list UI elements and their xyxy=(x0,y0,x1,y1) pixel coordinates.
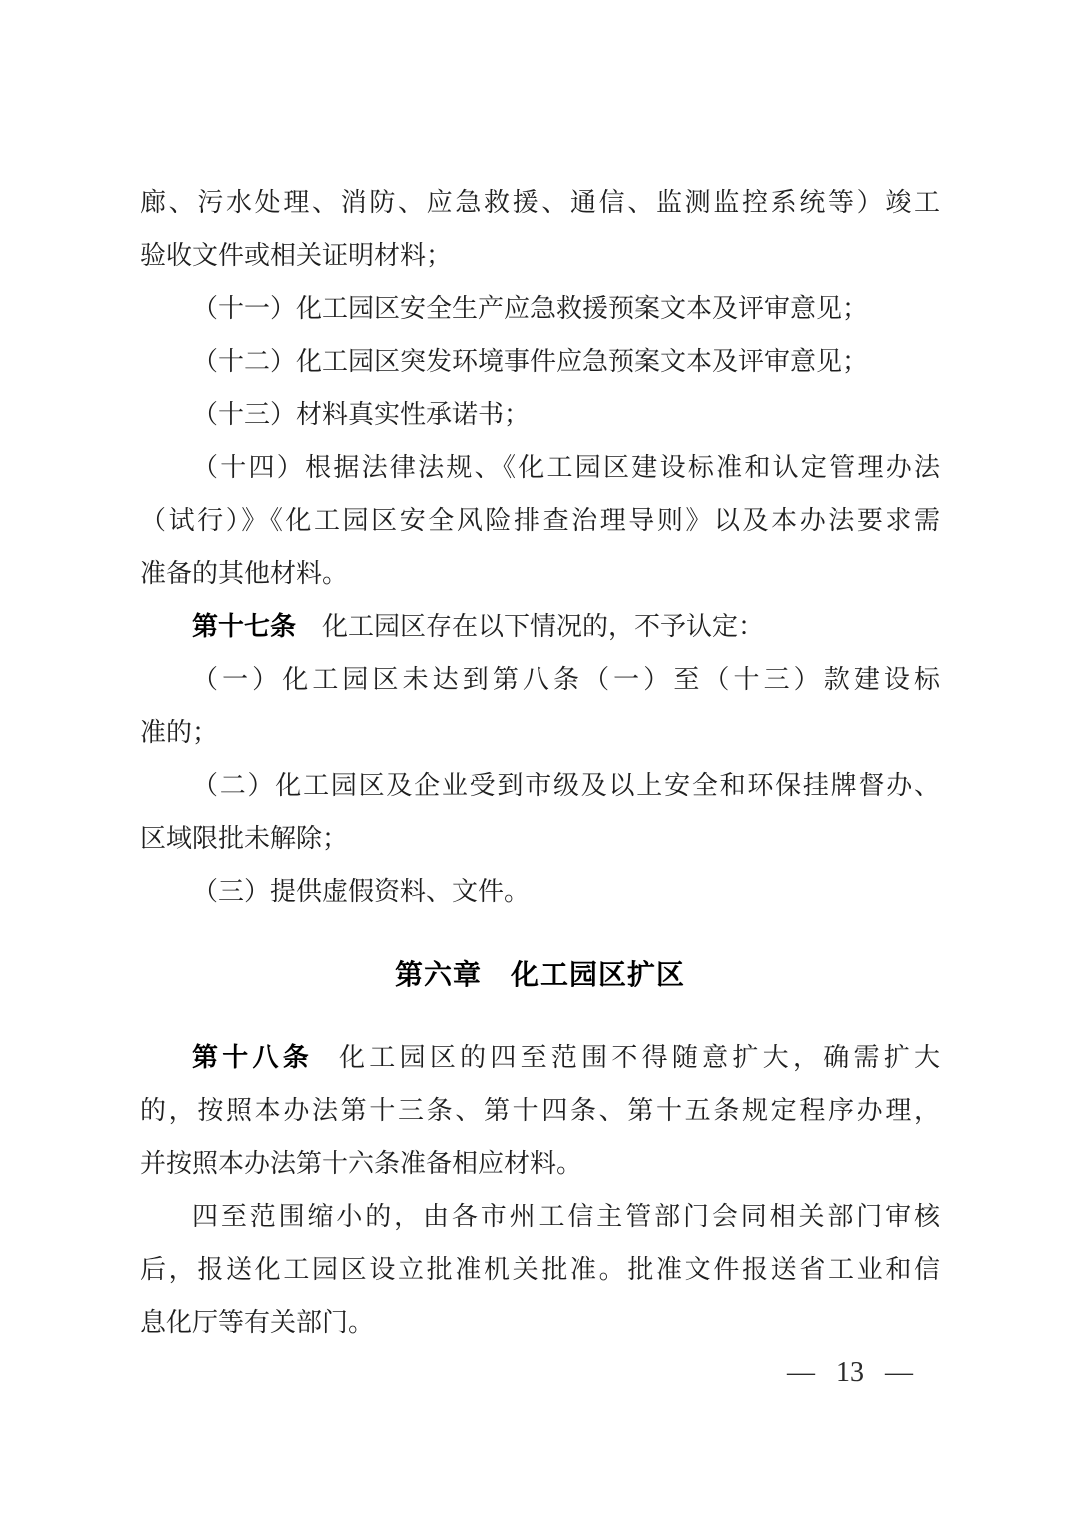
line-text: 准的； xyxy=(140,718,218,747)
text-line: 后，报送化工园区设立批准机关批准。批准文件报送省工业和信 xyxy=(140,1243,940,1296)
text-line: （十三）材料真实性承诺书； xyxy=(140,388,940,441)
line-text: （十三）材料真实性承诺书； xyxy=(192,400,530,429)
line-text: 验收文件或相关证明材料； xyxy=(140,241,452,270)
text-line: （十一）化工园区安全生产应急救援预案文本及评审意见； xyxy=(140,282,940,335)
line-text: （一）化工园区未达到第八条（一）至（十三）款建设标 xyxy=(192,665,940,694)
text-line: （三）提供虚假资料、文件。 xyxy=(140,865,940,918)
line-text: 息化厅等有关部门。 xyxy=(140,1308,374,1337)
line-text: （二）化工园区及企业受到市级及以上安全和环保挂牌督办、 xyxy=(192,771,940,800)
line-text: 廊、污水处理、消防、应急救援、通信、监测监控系统等）竣工 xyxy=(140,188,940,217)
text-line: 并按照本办法第十六条准备相应材料。 xyxy=(140,1137,940,1190)
line-text: （十二）化工园区突发环境事件应急预案文本及评审意见； xyxy=(192,347,868,376)
text-line: （二）化工园区及企业受到市级及以上安全和环保挂牌督办、 xyxy=(140,759,940,812)
article-number: 第十八条 xyxy=(192,1042,313,1072)
text-line: 息化厅等有关部门。 xyxy=(140,1296,940,1349)
section-before-heading: 廊、污水处理、消防、应急救援、通信、监测监控系统等）竣工 验收文件或相关证明材料… xyxy=(140,176,940,918)
text-line: 验收文件或相关证明材料； xyxy=(140,229,940,282)
text-line: （试行）》《化工园区安全风险排查治理导则》以及本办法要求需 xyxy=(140,494,940,547)
line-text: （十四）根据法律法规、《化工园区建设标准和认定管理办法 xyxy=(192,453,940,482)
article-line: 第十七条化工园区存在以下情况的，不予认定： xyxy=(140,600,940,653)
article-number: 第十七条 xyxy=(192,611,296,641)
page-number: — 13 — xyxy=(787,1356,913,1390)
line-text: （十一）化工园区安全生产应急救援预案文本及评审意见； xyxy=(192,294,868,323)
line-text: （试行）》《化工园区安全风险排查治理导则》以及本办法要求需 xyxy=(140,506,940,535)
line-text: 四至范围缩小的，由各市州工信主管部门会同相关部门审核 xyxy=(192,1202,940,1231)
text-line: 廊、污水处理、消防、应急救援、通信、监测监控系统等）竣工 xyxy=(140,176,940,229)
text-line: 的，按照本办法第十三条、第十四条、第十五条规定程序办理， xyxy=(140,1084,940,1137)
text-line: 准的； xyxy=(140,706,940,759)
line-text: 的，按照本办法第十三条、第十四条、第十五条规定程序办理， xyxy=(140,1096,940,1125)
line-text: 后，报送化工园区设立批准机关批准。批准文件报送省工业和信 xyxy=(140,1255,940,1284)
line-text: 区域限批未解除； xyxy=(140,824,348,853)
text-line: （十四）根据法律法规、《化工园区建设标准和认定管理办法 xyxy=(140,441,940,494)
text-line: （十二）化工园区突发环境事件应急预案文本及评审意见； xyxy=(140,335,940,388)
line-text: 化工园区存在以下情况的，不予认定： xyxy=(322,612,764,641)
line-text: （三）提供虚假资料、文件。 xyxy=(192,877,530,906)
section-after-heading: 第十八条化工园区的四至范围不得随意扩大，确需扩大 的，按照本办法第十三条、第十四… xyxy=(140,1031,940,1349)
line-text: 化工园区的四至范围不得随意扩大，确需扩大 xyxy=(339,1043,940,1072)
text-line: 四至范围缩小的，由各市州工信主管部门会同相关部门审核 xyxy=(140,1190,940,1243)
line-text: 并按照本办法第十六条准备相应材料。 xyxy=(140,1149,582,1178)
document-page: 廊、污水处理、消防、应急救援、通信、监测监控系统等）竣工 验收文件或相关证明材料… xyxy=(0,0,1080,1527)
text-line: （一）化工园区未达到第八条（一）至（十三）款建设标 xyxy=(140,653,940,706)
line-text: 准备的其他材料。 xyxy=(140,559,348,588)
article-line: 第十八条化工园区的四至范围不得随意扩大，确需扩大 xyxy=(140,1031,940,1084)
text-line: 准备的其他材料。 xyxy=(140,547,940,600)
chapter-heading: 第六章 化工园区扩区 xyxy=(140,948,940,1001)
text-line: 区域限批未解除； xyxy=(140,812,940,865)
